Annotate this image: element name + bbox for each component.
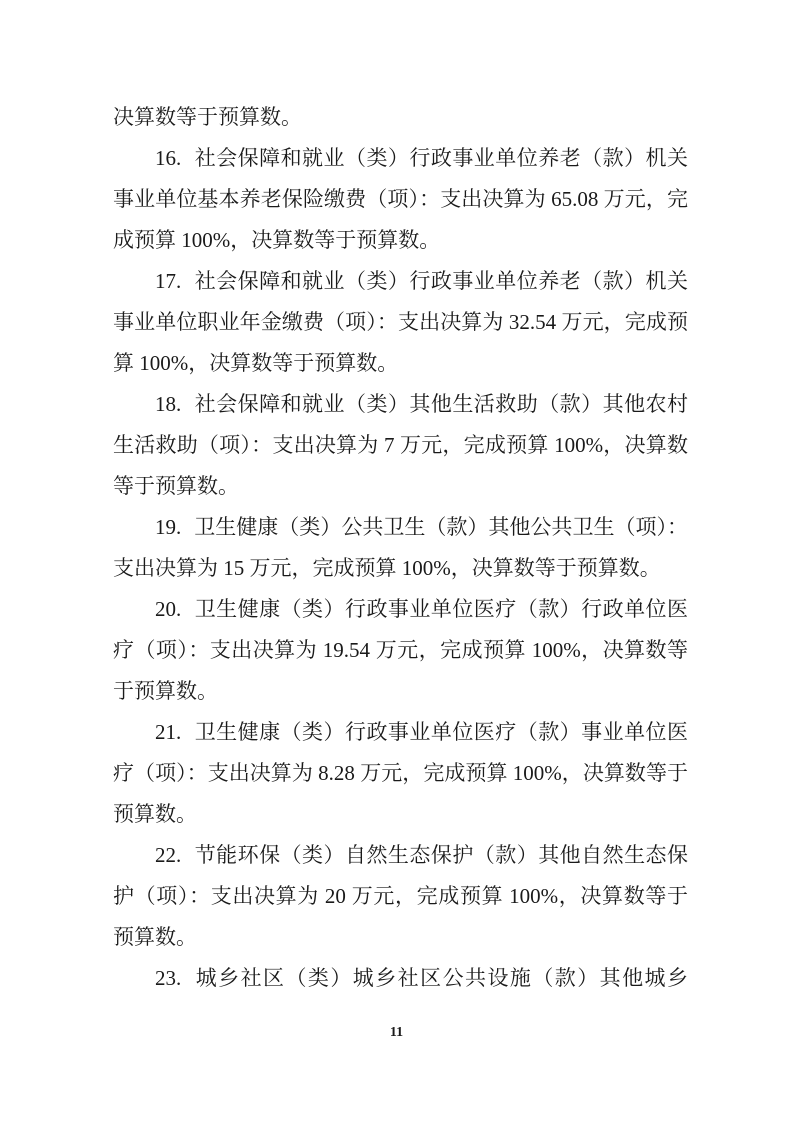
item-number: 18.: [155, 392, 194, 416]
page-number: 11: [0, 1023, 793, 1043]
item-text: 卫生健康（类）行政事业单位医疗（款）事业单位医疗（项）：支出决算为 8.28 万…: [113, 720, 688, 826]
paragraph-item-17: 17.社会保障和就业（类）行政事业单位养老（款）机关事业单位职业年金缴费（项）：…: [113, 261, 688, 384]
paragraph-item-23: 23.城乡社区（类）城乡社区公共设施（款）其他城乡: [113, 958, 688, 999]
item-text: 卫生健康（类）行政事业单位医疗（款）行政单位医疗（项）：支出决算为 19.54 …: [113, 597, 688, 703]
item-text: 社会保障和就业（类）行政事业单位养老（款）机关事业单位基本养老保险缴费（项）：支…: [113, 146, 688, 252]
item-text: 社会保障和就业（类）行政事业单位养老（款）机关事业单位职业年金缴费（项）：支出决…: [113, 269, 688, 375]
paragraph-item-19: 19.卫生健康（类）公共卫生（款）其他公共卫生（项）：支出决算为 15 万元，完…: [113, 507, 688, 589]
paragraph-item-22: 22.节能环保（类）自然生态保护（款）其他自然生态保护（项）：支出决算为 20 …: [113, 835, 688, 958]
item-text: 城乡社区（类）城乡社区公共设施（款）其他城乡: [194, 966, 688, 990]
paragraph-item-20: 20.卫生健康（类）行政事业单位医疗（款）行政单位医疗（项）：支出决算为 19.…: [113, 589, 688, 712]
paragraph-continuation: 决算数等于预算数。: [113, 97, 688, 138]
item-number: 19.: [155, 515, 194, 539]
paragraph-item-21: 21.卫生健康（类）行政事业单位医疗（款）事业单位医疗（项）：支出决算为 8.2…: [113, 712, 688, 835]
item-number: 22.: [155, 843, 194, 867]
document-body: 决算数等于预算数。 16.社会保障和就业（类）行政事业单位养老（款）机关事业单位…: [113, 97, 688, 999]
item-number: 23.: [155, 966, 194, 990]
document-page: 决算数等于预算数。 16.社会保障和就业（类）行政事业单位养老（款）机关事业单位…: [0, 0, 793, 1122]
item-number: 20.: [155, 597, 194, 621]
item-number: 16.: [155, 146, 194, 170]
item-number: 21.: [155, 720, 194, 744]
item-text: 节能环保（类）自然生态保护（款）其他自然生态保护（项）：支出决算为 20 万元，…: [113, 843, 688, 949]
paragraph-item-16: 16.社会保障和就业（类）行政事业单位养老（款）机关事业单位基本养老保险缴费（项…: [113, 138, 688, 261]
paragraph-item-18: 18.社会保障和就业（类）其他生活救助（款）其他农村生活救助（项）：支出决算为 …: [113, 384, 688, 507]
item-text: 社会保障和就业（类）其他生活救助（款）其他农村生活救助（项）：支出决算为 7 万…: [113, 392, 688, 498]
item-number: 17.: [155, 269, 194, 293]
item-text: 卫生健康（类）公共卫生（款）其他公共卫生（项）：支出决算为 15 万元，完成预算…: [113, 515, 688, 580]
